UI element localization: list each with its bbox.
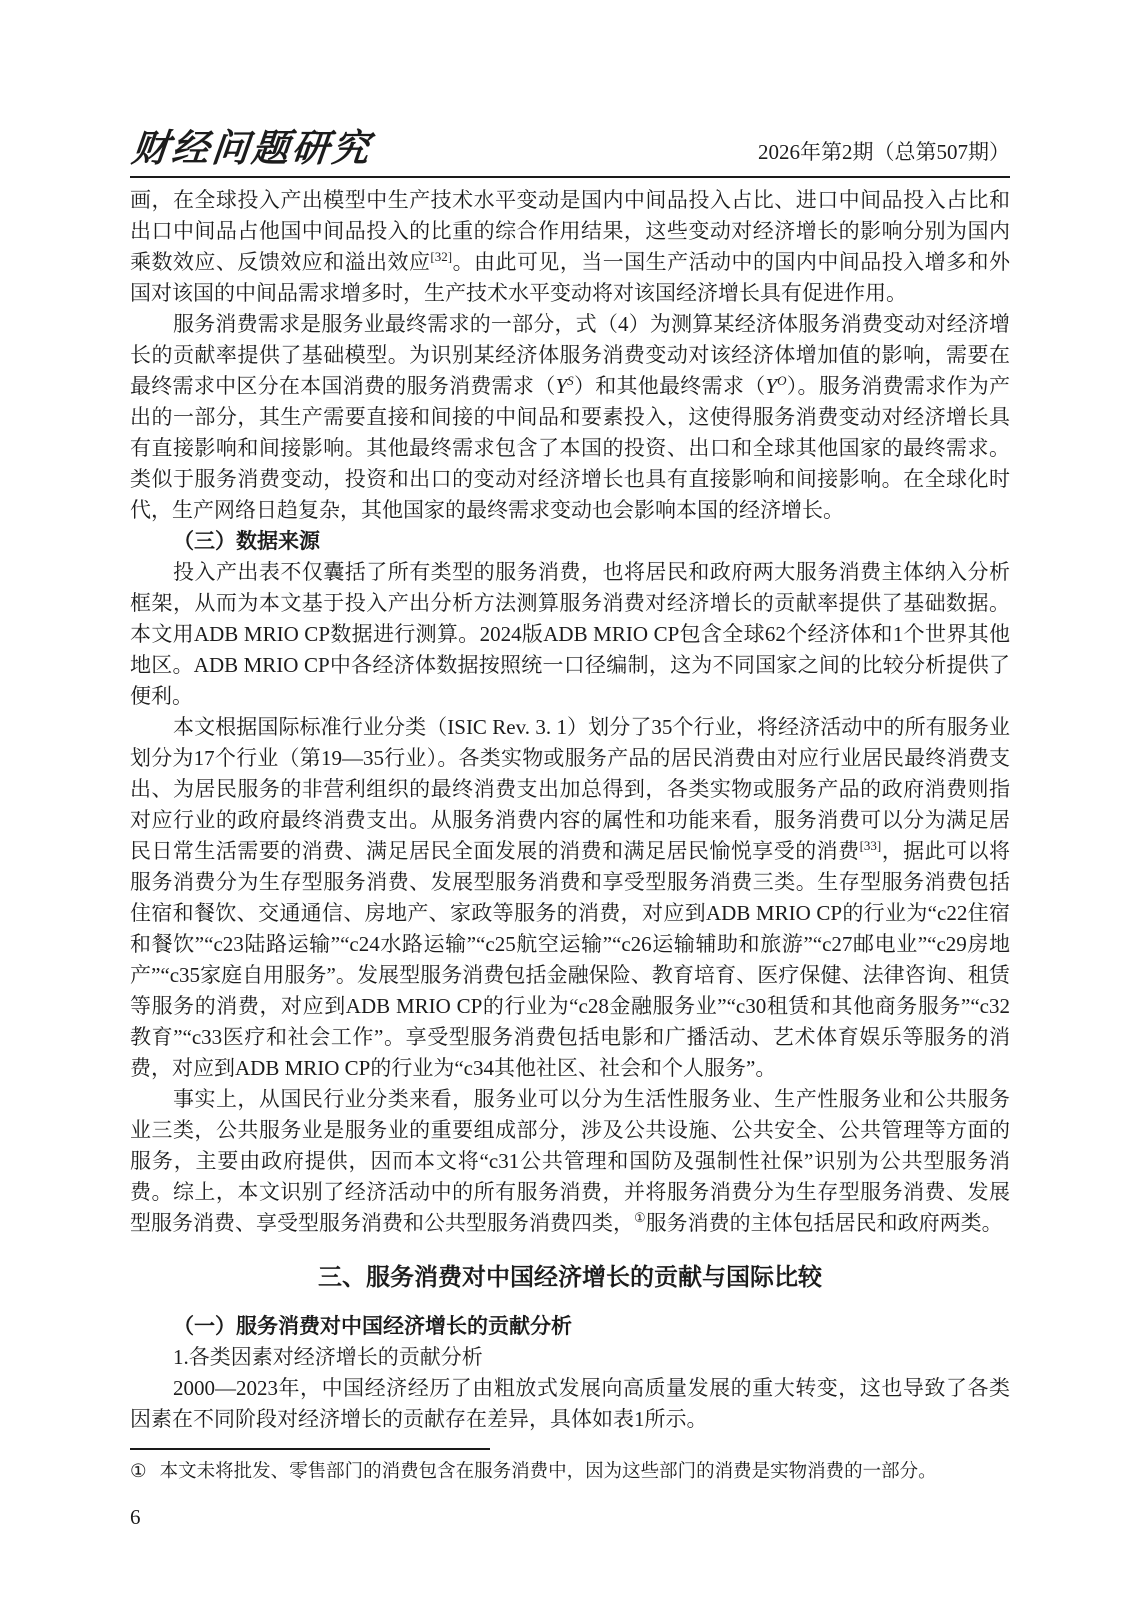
page-header: 财经问题研究 2026年第2期（总第507期）: [130, 130, 1010, 178]
math-variable: Y: [555, 374, 567, 398]
footnote-separator: [130, 1448, 490, 1450]
subsection-heading: （一）服务消费对中国经济增长的贡献分析: [130, 1311, 1010, 1342]
section-heading: 三、服务消费对中国经济增长的贡献与国际比较: [130, 1260, 1010, 1296]
subsection-heading: （三）数据来源: [130, 526, 1010, 557]
text-run: （三）数据来源: [173, 530, 320, 553]
paragraph: 投入产出表不仅囊括了所有类型的服务消费，也将居民和政府两大服务消费主体纳入分析框…: [130, 557, 1010, 712]
footnote: ①本文未将批发、零售部门的消费包含在服务消费中，因为这些部门的消费是实物消费的一…: [130, 1459, 1010, 1486]
paragraph: 1.各类因素对经济增长的贡献分析: [130, 1342, 1010, 1373]
text-run: 2000—2023年，中国经济经历了由粗放式发展向高质量发展的重大转变，这也导致…: [130, 1376, 1010, 1431]
journal-page: 财经问题研究 2026年第2期（总第507期） 画，在全球投入产出模型中生产技术…: [0, 0, 1140, 1600]
issue-info: 2026年第2期（总第507期）: [758, 142, 1010, 167]
text-run: （一）服务消费对中国经济增长的贡献分析: [173, 1315, 572, 1338]
text-run: ）和其他最终需求（: [574, 374, 766, 398]
math-variable: Y: [765, 374, 777, 398]
paragraph: 事实上，从国民行业分类来看，服务业可以分为生活性服务业、生产性服务业和公共服务业…: [130, 1084, 1010, 1239]
text-run: 1.各类因素对经济增长的贡献分析: [173, 1345, 483, 1369]
paragraph: 服务消费需求是服务业最终需求的一部分，式（4）为测算某经济体服务消费变动对经济增…: [130, 309, 1010, 526]
text-run: ，据此可以将服务消费分为生存型服务消费、发展型服务消费和享受型服务消费三类。生存…: [130, 839, 1010, 1080]
citation-ref: ①: [634, 1210, 646, 1225]
footnote-text: 本文未将批发、零售部门的消费包含在服务消费中，因为这些部门的消费是实物消费的一部…: [160, 1462, 937, 1482]
paragraph: 画，在全球投入产出模型中生产技术水平变动是国内中间品投入占比、进口中间品投入占比…: [130, 185, 1010, 309]
citation-ref: [33]: [860, 838, 882, 853]
text-run: 服务消费的主体包括居民和政府两类。: [646, 1211, 1003, 1235]
page-content: 财经问题研究 2026年第2期（总第507期） 画，在全球投入产出模型中生产技术…: [0, 130, 1140, 1528]
journal-logo: 财经问题研究: [130, 129, 374, 167]
article-body: 画，在全球投入产出模型中生产技术水平变动是国内中间品投入占比、进口中间品投入占比…: [130, 185, 1010, 1435]
paragraph: 2000—2023年，中国经济经历了由粗放式发展向高质量发展的重大转变，这也导致…: [130, 1373, 1010, 1435]
text-run: 三、服务消费对中国经济增长的贡献与国际比较: [318, 1264, 822, 1291]
citation-ref: [32]: [430, 249, 452, 264]
paragraph: 本文根据国际标准行业分类（ISIC Rev. 3. 1）划分了35个行业，将经济…: [130, 712, 1010, 1084]
footnote-marker: ①: [130, 1462, 147, 1482]
math-variable: O: [777, 373, 786, 388]
text-run: 投入产出表不仅囊括了所有类型的服务消费，也将居民和政府两大服务消费主体纳入分析框…: [130, 560, 1010, 708]
page-number: 6: [130, 1507, 1010, 1528]
